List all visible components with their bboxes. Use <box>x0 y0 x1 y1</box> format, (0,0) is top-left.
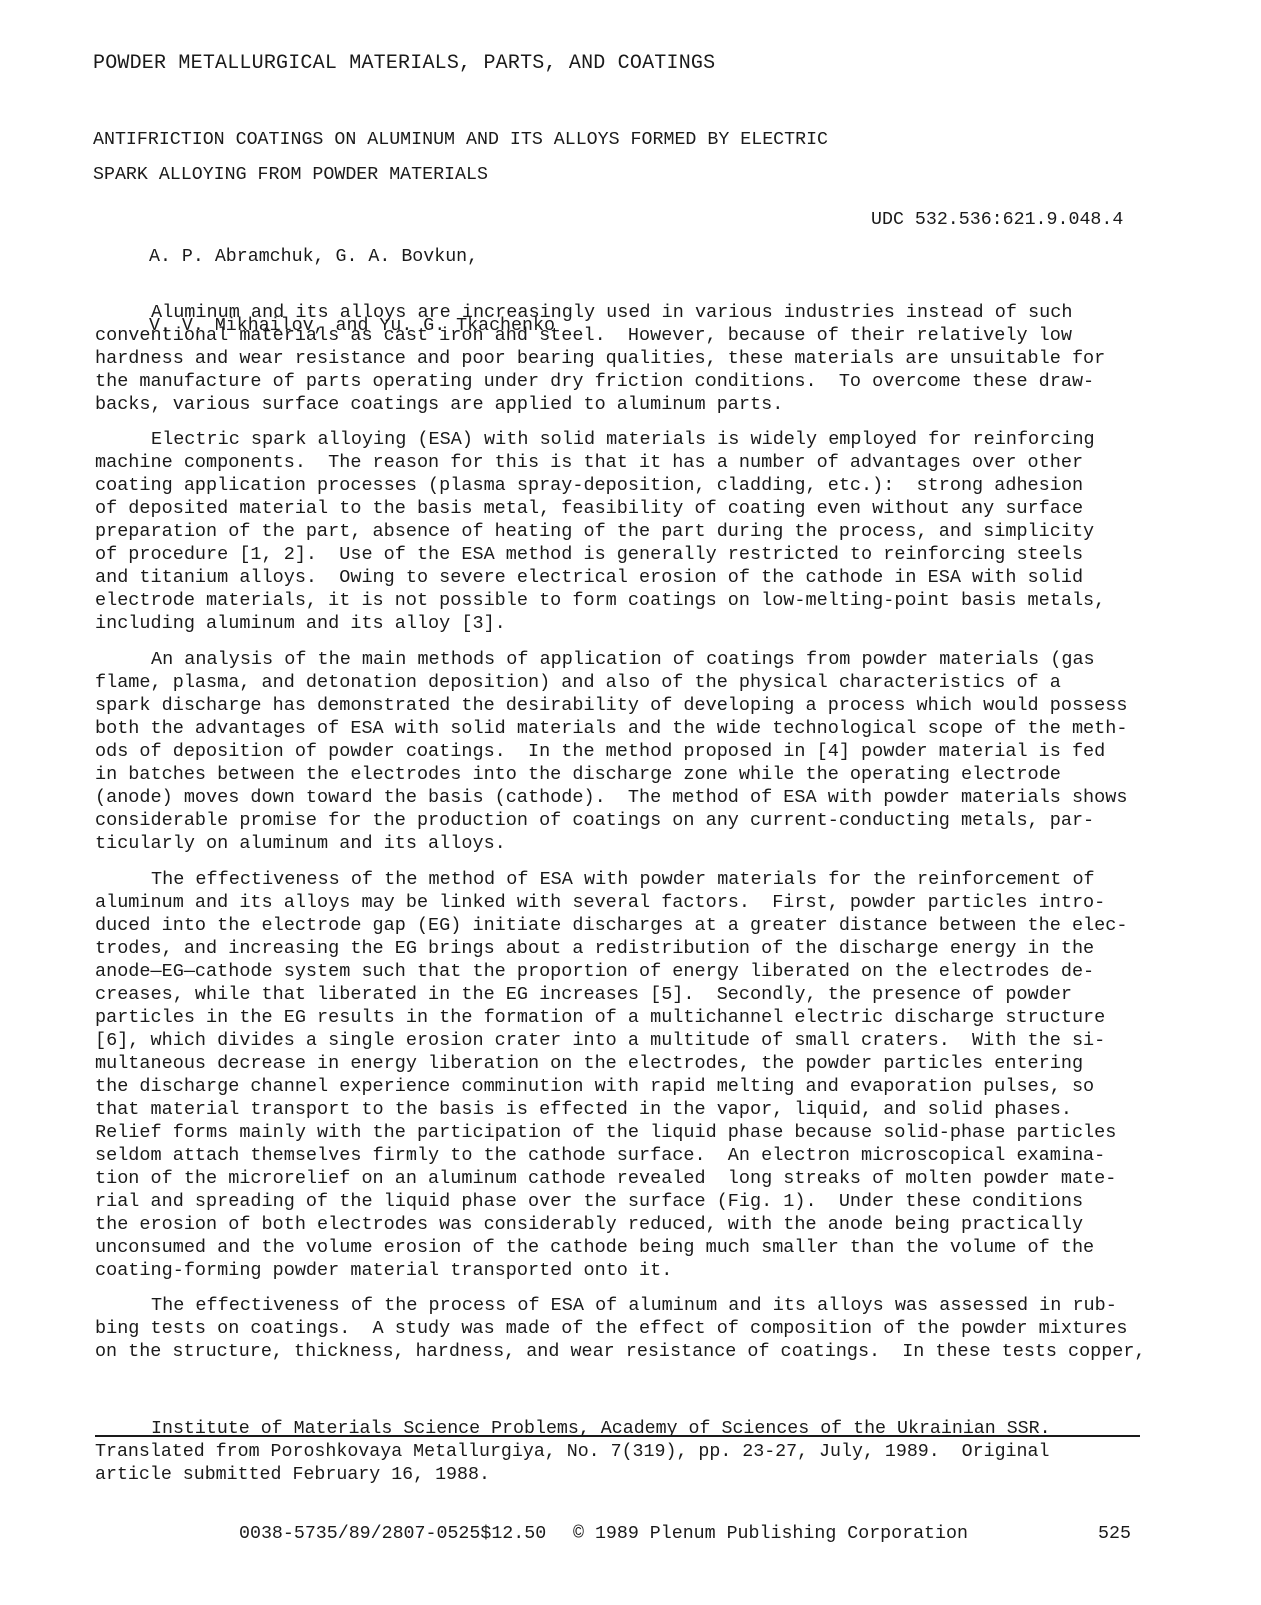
text-line: conventional materials as cast iron and … <box>95 324 1072 347</box>
text-line: bing tests on coatings. A study was made… <box>95 1317 1127 1340</box>
text-line: duced into the electrode gap (EG) initia… <box>95 914 1127 937</box>
section-heading: POWDER METALLURGICAL MATERIALS, PARTS, A… <box>93 52 715 75</box>
text-line: the erosion of both electrodes was consi… <box>95 1213 1083 1236</box>
footnote-line: Institute of Materials Science Problems,… <box>95 1418 1051 1441</box>
text-line: An analysis of the main methods of appli… <box>95 648 1095 671</box>
text-line: electrode materials, it is not possible … <box>95 589 1105 612</box>
paragraph: An analysis of the main methods of appli… <box>95 648 1127 855</box>
copyright-notice: © 1989 Plenum Publishing Corporation <box>573 1524 968 1544</box>
text-line: ods of deposition of powder coatings. In… <box>95 740 1105 763</box>
text-line: coating application processes (plasma sp… <box>95 474 1083 497</box>
text-line: and titanium alloys. Owing to severe ele… <box>95 566 1083 589</box>
text-line: creases, while that liberated in the EG … <box>95 983 1072 1006</box>
text-line: in batches between the electrodes into t… <box>95 763 1061 786</box>
paragraph: Electric spark alloying (ESA) with solid… <box>95 428 1105 635</box>
paragraph: The effectiveness of the method of ESA w… <box>95 868 1127 1282</box>
text-line: aluminum and its alloys may be linked wi… <box>95 891 1105 914</box>
text-line: The effectiveness of the method of ESA w… <box>95 868 1095 891</box>
footnote: Institute of Materials Science Problems,… <box>95 1418 1051 1487</box>
text-line: Aluminum and its alloys are increasingly… <box>95 301 1072 324</box>
text-line: machine components. The reason for this … <box>95 451 1083 474</box>
text-line: coating-forming powder material transpor… <box>95 1259 672 1282</box>
text-line: Electric spark alloying (ESA) with solid… <box>95 428 1095 451</box>
footnote-line: Translated from Poroshkovaya Metallurgiy… <box>95 1441 1049 1464</box>
text-line: ticularly on aluminum and its alloys. <box>95 832 506 855</box>
text-line: the manufacture of parts operating under… <box>95 370 1094 393</box>
issn-price-code: 0038-5735/89/2807-0525$12.50 <box>239 1524 546 1544</box>
text-line: both the advantages of ESA with solid ma… <box>95 717 1127 740</box>
text-line: hardness and wear resistance and poor be… <box>95 347 1105 370</box>
text-line: spark discharge has demonstrated the des… <box>95 694 1127 717</box>
text-line: backs, various surface coatings are appl… <box>95 393 783 416</box>
article-title-line-1: ANTIFRICTION COATINGS ON ALUMINUM AND IT… <box>93 130 828 150</box>
text-line: considerable promise for the production … <box>95 809 1094 832</box>
text-line: [6], which divides a single erosion crat… <box>95 1029 1105 1052</box>
text-line: tion of the microrelief on an aluminum c… <box>95 1167 1116 1190</box>
text-line: The effectiveness of the process of ESA … <box>95 1294 1117 1317</box>
text-line: that material transport to the basis is … <box>95 1098 1072 1121</box>
text-line: seldom attach themselves firmly to the c… <box>95 1144 1105 1167</box>
text-line: anode—EG—cathode system such that the pr… <box>95 960 1094 983</box>
text-line: of deposited material to the basis metal… <box>95 497 1083 520</box>
text-line: rial and spreading of the liquid phase o… <box>95 1190 1083 1213</box>
text-line: including aluminum and its alloy [3]. <box>95 612 506 635</box>
text-line: of procedure [1, 2]. Use of the ESA meth… <box>95 543 1083 566</box>
footnote-line: article submitted February 16, 1988. <box>95 1464 490 1487</box>
text-line: unconsumed and the volume erosion of the… <box>95 1236 1094 1259</box>
text-line: Relief forms mainly with the participati… <box>95 1121 1116 1144</box>
text-line: on the structure, thickness, hardness, a… <box>95 1340 1145 1363</box>
text-line: particles in the EG results in the forma… <box>95 1006 1105 1029</box>
article-title-line-2: SPARK ALLOYING FROM POWDER MATERIALS <box>93 165 488 185</box>
page-number: 525 <box>1098 1524 1131 1544</box>
text-line: trodes, and increasing the EG brings abo… <box>95 937 1094 960</box>
text-line: preparation of the part, absence of heat… <box>95 520 1094 543</box>
author-line-1: A. P. Abramchuk, G. A. Bovkun, <box>149 246 555 269</box>
text-line: (anode) moves down toward the basis (cat… <box>95 786 1127 809</box>
text-line: flame, plasma, and detonation deposition… <box>95 671 1061 694</box>
text-line: multaneous decrease in energy liberation… <box>95 1052 1083 1075</box>
paragraph: The effectiveness of the process of ESA … <box>95 1294 1150 1363</box>
paragraph: Aluminum and its alloys are increasingly… <box>95 301 1105 416</box>
udc-code: UDC 532.536:621.9.048.4 <box>871 210 1123 230</box>
text-line: the discharge channel experience comminu… <box>95 1075 1094 1098</box>
